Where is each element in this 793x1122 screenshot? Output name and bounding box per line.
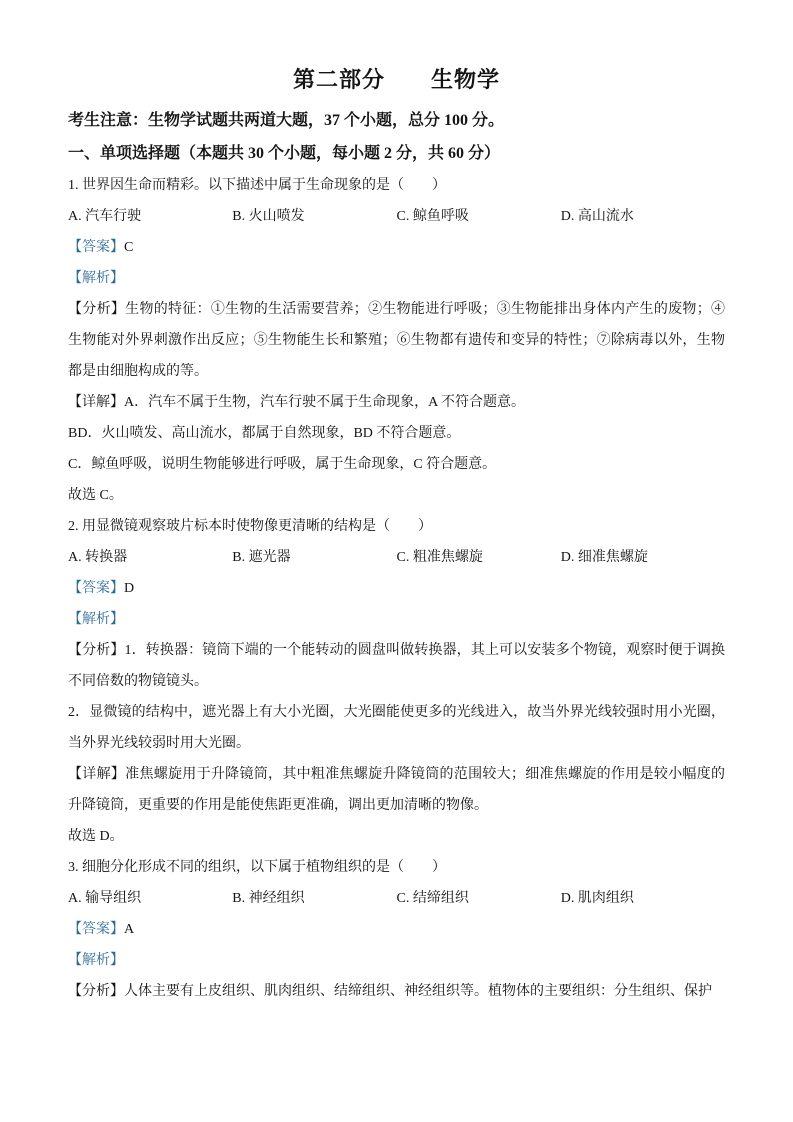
section-heading: 一、单项选择题（本题共 30 个小题，每小题 2 分，共 60 分） (68, 137, 725, 170)
question-3-analysis: 【分析】人体主要有上皮组织、肌肉组织、结缔组织、神经组织等。植物体的主要组织：分… (68, 976, 725, 1007)
answer-label: 【答案】 (68, 581, 124, 596)
question-2-option-b: B. 遮光器 (232, 542, 396, 573)
question-2-option-c: C. 粗准焦螺旋 (397, 542, 561, 573)
question-3-option-d: D. 肌肉组织 (561, 883, 725, 914)
question-2: 2. 用显微镜观察玻片标本时使物像更清晰的结构是（ ） A. 转换器 B. 遮光… (68, 511, 725, 852)
question-2-option-d: D. 细准焦螺旋 (561, 542, 725, 573)
question-1-explain-line: 【解析】 (68, 263, 725, 294)
document-page: 第二部分 生物学 考生注意：生物学试题共两道大题，37 个小题，总分 100 分… (0, 0, 793, 1007)
explain-label: 【解析】 (68, 271, 124, 286)
question-3-explain-line: 【解析】 (68, 945, 725, 976)
question-1-options: A. 汽车行驶 B. 火山喷发 C. 鲸鱼呼吸 D. 高山流水 (68, 201, 725, 232)
question-3-options: A. 输导组织 B. 神经组织 C. 结缔组织 D. 肌肉组织 (68, 883, 725, 914)
question-1-stem: 1. 世界因生命而精彩。以下描述中属于生命现象的是（ ） (68, 170, 725, 201)
question-2-analysis-2: 2．显微镜的结构中，遮光器上有大小光圈，大光圈能使更多的光线进入，故当外界光线较… (68, 697, 725, 759)
question-2-stem: 2. 用显微镜观察玻片标本时使物像更清晰的结构是（ ） (68, 511, 725, 542)
question-2-detail: 【详解】准焦螺旋用于升降镜筒，其中粗准焦螺旋升降镜筒的范围较大；细准焦螺旋的作用… (68, 759, 725, 821)
question-3-option-c: C. 结缔组织 (397, 883, 561, 914)
question-1-analysis: 【分析】生物的特征：①生物的生活需要营养；②生物能进行呼吸；③生物能排出身体内产… (68, 294, 725, 387)
question-1: 1. 世界因生命而精彩。以下描述中属于生命现象的是（ ） A. 汽车行驶 B. … (68, 170, 725, 511)
question-1-detail-bd: BD．火山喷发、高山流水，都属于自然现象，BD 不符合题意。 (68, 418, 725, 449)
question-3-answer-line: 【答案】A (68, 914, 725, 945)
question-3: 3. 细胞分化形成不同的组织，以下属于植物组织的是（ ） A. 输导组织 B. … (68, 852, 725, 1007)
question-2-answer-line: 【答案】D (68, 573, 725, 604)
explain-label: 【解析】 (68, 612, 124, 627)
answer-label: 【答案】 (68, 922, 124, 937)
question-1-detail-c: C．鲸鱼呼吸，说明生物能够进行呼吸，属于生命现象，C 符合题意。 (68, 449, 725, 480)
question-2-options: A. 转换器 B. 遮光器 C. 粗准焦螺旋 D. 细准焦螺旋 (68, 542, 725, 573)
question-1-option-c: C. 鲸鱼呼吸 (397, 201, 561, 232)
question-1-answer-value: C (124, 240, 133, 255)
explain-label: 【解析】 (68, 953, 124, 968)
question-2-option-a: A. 转换器 (68, 542, 232, 573)
question-2-explain-line: 【解析】 (68, 604, 725, 635)
question-1-detail-a: 【详解】A．汽车不属于生物，汽车行驶不属于生命现象，A 不符合题意。 (68, 387, 725, 418)
question-1-option-a: A. 汽车行驶 (68, 201, 232, 232)
examinee-notice: 考生注意：生物学试题共两道大题，37 个小题，总分 100 分。 (68, 104, 725, 137)
question-3-stem: 3. 细胞分化形成不同的组织，以下属于植物组织的是（ ） (68, 852, 725, 883)
question-1-answer-line: 【答案】C (68, 232, 725, 263)
question-2-analysis-1: 【分析】1．转换器：镜筒下端的一个能转动的圆盘叫做转换器，其上可以安装多个物镜，… (68, 635, 725, 697)
question-3-answer-value: A (124, 922, 134, 937)
question-1-conclusion: 故选 C。 (68, 480, 725, 511)
page-title: 第二部分 生物学 (68, 62, 725, 98)
question-3-option-b: B. 神经组织 (232, 883, 396, 914)
answer-label: 【答案】 (68, 240, 124, 255)
question-3-option-a: A. 输导组织 (68, 883, 232, 914)
question-1-option-d: D. 高山流水 (561, 201, 725, 232)
question-2-conclusion: 故选 D。 (68, 821, 725, 852)
question-1-option-b: B. 火山喷发 (232, 201, 396, 232)
question-2-answer-value: D (124, 581, 134, 596)
